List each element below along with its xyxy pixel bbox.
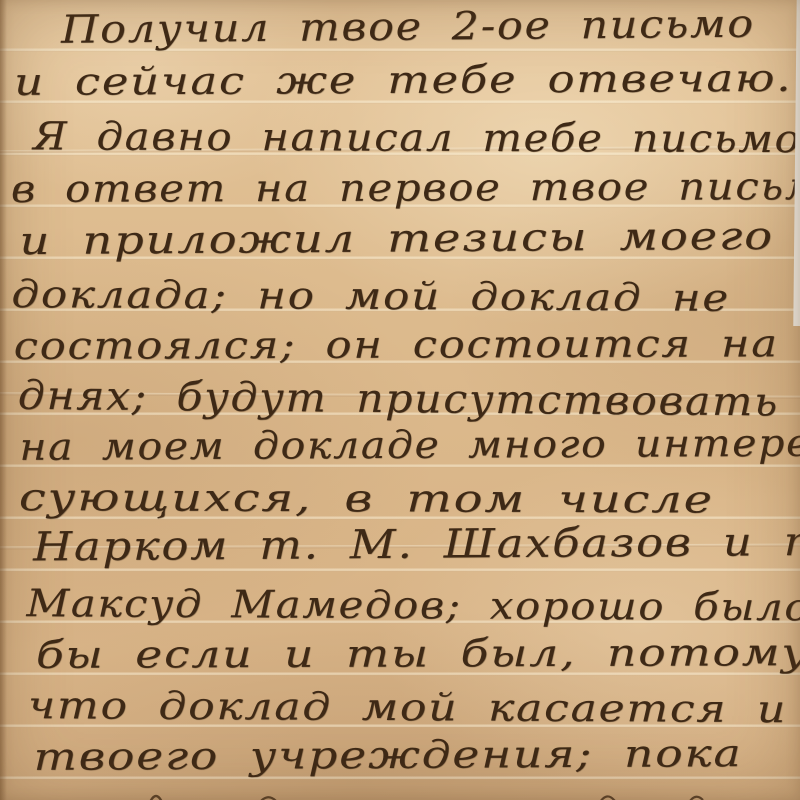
letter-line: что доклад мой касается и (0, 683, 800, 732)
letter-line: на моем докладе много интере- (0, 420, 800, 469)
letter-line: состоялся; он состоится на (0, 321, 800, 368)
letter-line: Максуд Мамедов; хорошо было (0, 581, 800, 630)
handwritten-text: Получил твое 2-ое письмо и сейчас же теб… (0, 0, 800, 800)
letter-line: Я давно написал тебе письмо (0, 114, 800, 162)
letter-line: Получил твое 2-ое письмо (0, 0, 800, 52)
letter-line: твоего учреждения; пока (0, 730, 800, 779)
letter-line: в ответ на первое твое письмо (0, 164, 800, 211)
letter-line: Нарком т. М. Шахбазов и т, (0, 517, 800, 570)
letter-line: днях; будут присутствовать (0, 372, 800, 426)
letter-line: бы если и ты был, потому (0, 630, 800, 677)
letter-line: и сейчас же тебе отвечаю. (0, 55, 800, 104)
letter-line: доклада; но мой доклад не (0, 272, 800, 321)
letter-line: и приложил тезисы моего (0, 212, 800, 264)
letter-line: сующихся, в том числе (0, 475, 800, 523)
letter-scan: Получил твое 2-ое письмо и сейчас же теб… (0, 0, 800, 800)
